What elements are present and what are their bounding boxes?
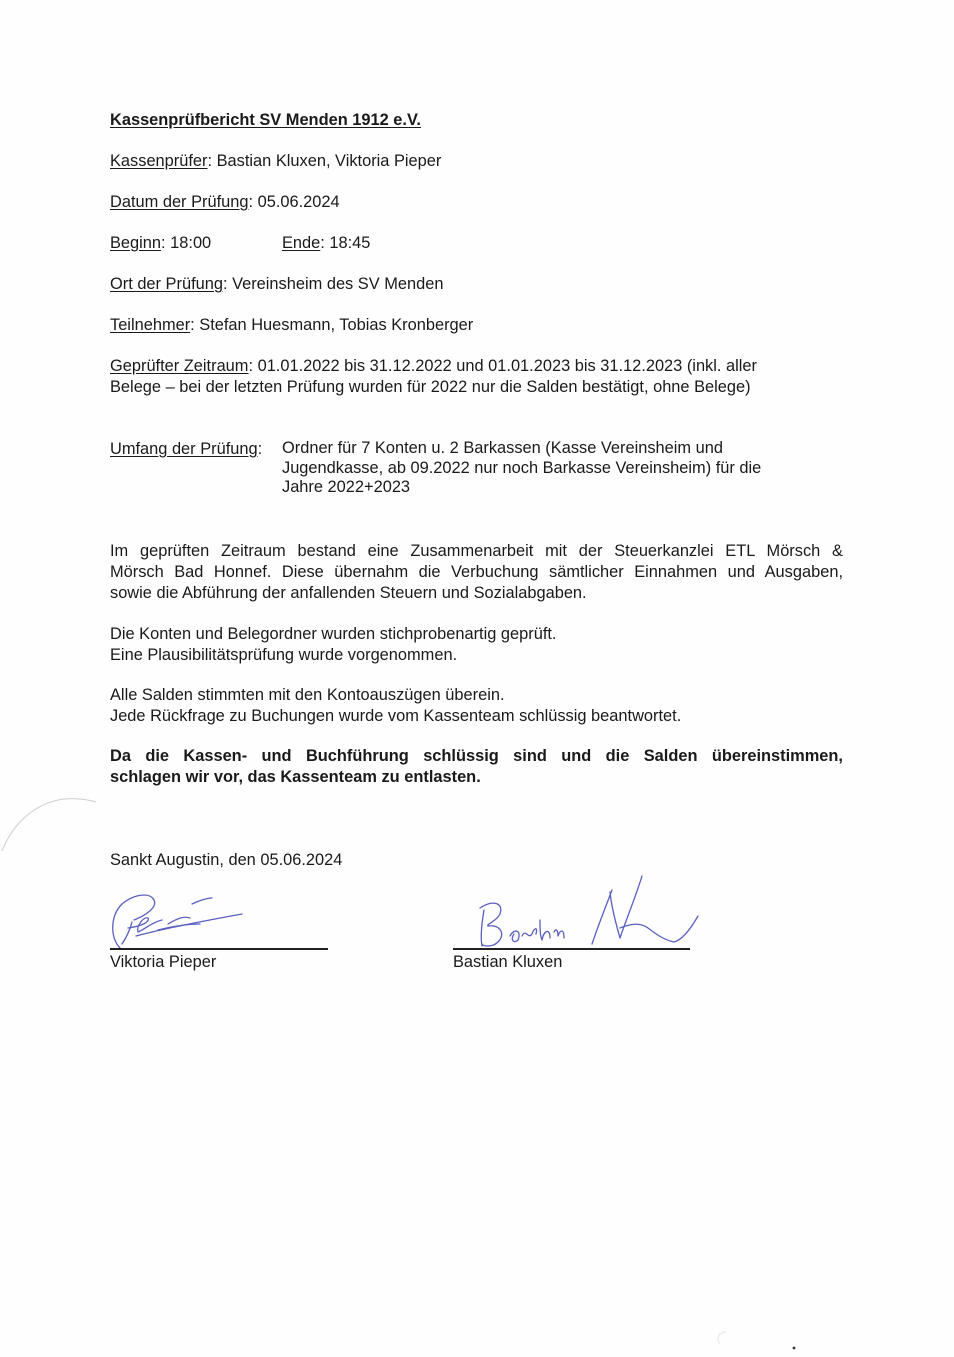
paragraph-pruefung-line2: Eine Plausibilitätsprüfung wurde vorgeno… — [110, 645, 457, 666]
field-label: Datum der Prüfung — [110, 193, 248, 211]
text-line: Jahre 2022+2023 — [282, 478, 761, 498]
field-label: Ende — [282, 234, 320, 252]
paragraph-ergebnis-line2: Jede Rückfrage zu Buchungen wurde vom Ka… — [110, 706, 681, 727]
field-ende: Ende: 18:45 — [282, 233, 370, 254]
field-value: Bastian Kluxen, Viktoria Pieper — [217, 152, 442, 170]
field-umfang: Umfang der Prüfung: — [110, 439, 262, 460]
field-label: Ort der Prüfung — [110, 275, 223, 293]
field-zeitraum: Geprüfter Zeitraum: 01.01.2022 bis 31.12… — [110, 356, 757, 377]
field-value: 18:45 — [329, 234, 370, 252]
paragraph-empfehlung-line2: schlagen wir vor, das Kassenteam zu entl… — [110, 767, 481, 788]
field-label: Teilnehmer — [110, 316, 190, 334]
paragraph-ergebnis-line1: Alle Salden stimmten mit den Kontoauszüg… — [110, 685, 505, 706]
field-value: Stefan Huesmann, Tobias Kronberger — [199, 316, 473, 334]
field-umfang-value: Ordner für 7 Konten u. 2 Barkassen (Kass… — [282, 439, 761, 498]
signature-line-1 — [110, 948, 328, 950]
signature-line-2 — [453, 948, 690, 950]
signature-viktoria-pieper — [108, 886, 258, 952]
field-value: 18:00 — [170, 234, 211, 252]
field-value: Vereinsheim des SV Menden — [232, 275, 443, 293]
signature-bastian-kluxen — [470, 866, 710, 952]
field-label: Geprüfter Zeitraum — [110, 357, 248, 375]
paragraph-empfehlung-line1: Da die Kassen- und Buchführung schlüssig… — [110, 746, 843, 767]
field-label: Kassenprüfer — [110, 152, 208, 170]
field-label: Beginn — [110, 234, 161, 252]
signature-name-2: Bastian Kluxen — [453, 952, 562, 973]
field-zeitraum-continued: Belege – bei der letzten Prüfung wurden … — [110, 377, 751, 398]
scan-artifact-curve — [0, 795, 100, 855]
field-beginn: Beginn: 18:00 — [110, 233, 211, 254]
field-value: 01.01.2022 bis 31.12.2022 und 01.01.2023… — [258, 357, 757, 375]
document-page: Kassenprüfbericht SV Menden 1912 e.V. Ka… — [0, 0, 954, 1357]
paragraph-pruefung-line1: Die Konten und Belegordner wurden stichp… — [110, 624, 556, 645]
field-label: Umfang der Prüfung — [110, 440, 258, 458]
paragraph-kooperation-line1: Im geprüften Zeitraum bestand eine Zusam… — [110, 541, 843, 562]
field-kassenpruefer: Kassenprüfer: Bastian Kluxen, Viktoria P… — [110, 151, 441, 172]
field-value: 05.06.2024 — [258, 193, 340, 211]
paragraph-kooperation-line2: Mörsch Bad Honnef. Diese übernahm die Ve… — [110, 562, 843, 583]
scan-artifact-marks — [710, 1320, 800, 1357]
field-datum: Datum der Prüfung: 05.06.2024 — [110, 192, 340, 213]
text-line: Ordner für 7 Konten u. 2 Barkassen (Kass… — [282, 439, 761, 459]
paragraph-kooperation-line3: sowie die Abführung der anfallenden Steu… — [110, 583, 587, 604]
text-line: Jugendkasse, ab 09.2022 nur noch Barkass… — [282, 459, 761, 479]
field-teilnehmer: Teilnehmer: Stefan Huesmann, Tobias Kron… — [110, 315, 473, 336]
field-ort: Ort der Prüfung: Vereinsheim des SV Mend… — [110, 274, 443, 295]
place-date: Sankt Augustin, den 05.06.2024 — [110, 850, 342, 871]
signature-name-1: Viktoria Pieper — [110, 952, 216, 973]
document-title: Kassenprüfbericht SV Menden 1912 e.V. — [110, 110, 421, 131]
